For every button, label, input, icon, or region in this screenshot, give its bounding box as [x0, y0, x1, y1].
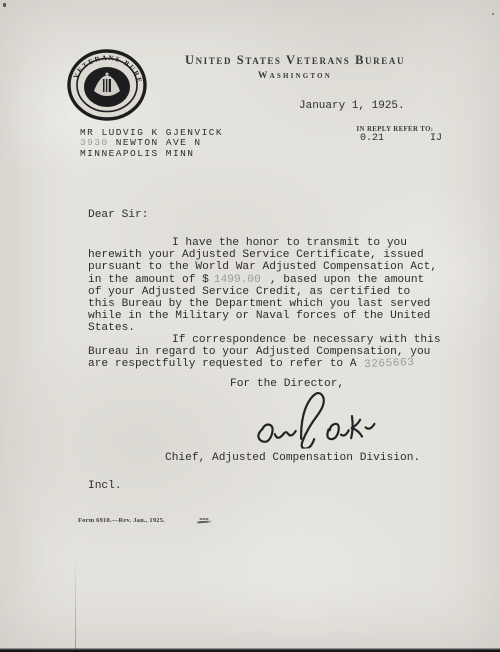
body-line-certificate: are respectfully requested to refer to A… [88, 358, 441, 370]
printers-mark [196, 518, 212, 524]
body-line: while in the Military or Naval forces of… [88, 310, 437, 322]
certificate-amount: 1499.00 [214, 274, 261, 286]
body-line: this Bureau by the Department which you … [88, 298, 437, 310]
body-line: I have the honor to transmit to you [88, 237, 437, 249]
recipient-street-rest: NEWTON AVE N [116, 137, 202, 148]
reply-refer-label: IN REPLY REFER TO: [340, 126, 450, 133]
amount-line-post: , based upon the amount [270, 274, 424, 286]
reply-reference-values: 0.21 IJ [360, 133, 442, 144]
body-line: of your Adjusted Service Credit, as cert… [88, 286, 437, 298]
paragraph-1: I have the honor to transmit to you here… [88, 237, 437, 335]
veterans-bureau-seal: VETERANS BUREAU [66, 49, 148, 121]
salutation: Dear Sir: [88, 209, 148, 221]
body-line-amount: in the amount of $1499.00, based upon th… [88, 274, 437, 286]
paragraph-2: If correspondence be necessary with this… [88, 334, 441, 371]
body-line: States. [88, 322, 437, 334]
enclosure-note: Incl. [88, 480, 122, 492]
letter-page: VETERANS BUREAU United States Veterans B… [0, 0, 500, 652]
body-line: Bureau in regard to your Adjusted Compen… [88, 346, 441, 358]
scan-speck [3, 3, 6, 7]
certificate-number: 3265663 [363, 357, 414, 371]
recipient-street-number: 3930 [80, 137, 109, 148]
signature-handwriting [246, 383, 384, 452]
form-number-note: Form 6910.—Rev. Jan., 1925. [78, 517, 165, 524]
scan-speck [492, 13, 494, 15]
recipient-city: MINNEAPOLIS MINN [80, 149, 223, 159]
body-line: herewith your Adjusted Service Certifica… [88, 249, 437, 261]
scan-bottom-edge [0, 648, 500, 652]
reply-file-code: 0.21 [360, 133, 384, 144]
letter-date: January 1, 1925. [299, 100, 405, 112]
letterhead-org-name: United States Veterans Bureau [150, 53, 440, 68]
reply-initials: IJ [430, 133, 442, 144]
paper-crease [75, 556, 76, 649]
letterhead-location: Washington [150, 71, 440, 81]
body-line: If correspondence be necessary with this [88, 334, 441, 346]
certificate-line-pre: are respectfully requested to refer to A [88, 358, 357, 370]
signer-title: Chief, Adjusted Compensation Division. [165, 452, 420, 464]
recipient-address-block: MR LUDVIG K GJENVICK 3930 NEWTON AVE N M… [80, 128, 223, 159]
amount-line-pre: in the amount of $ [88, 274, 209, 286]
body-line: pursuant to the World War Adjusted Compe… [88, 261, 437, 273]
